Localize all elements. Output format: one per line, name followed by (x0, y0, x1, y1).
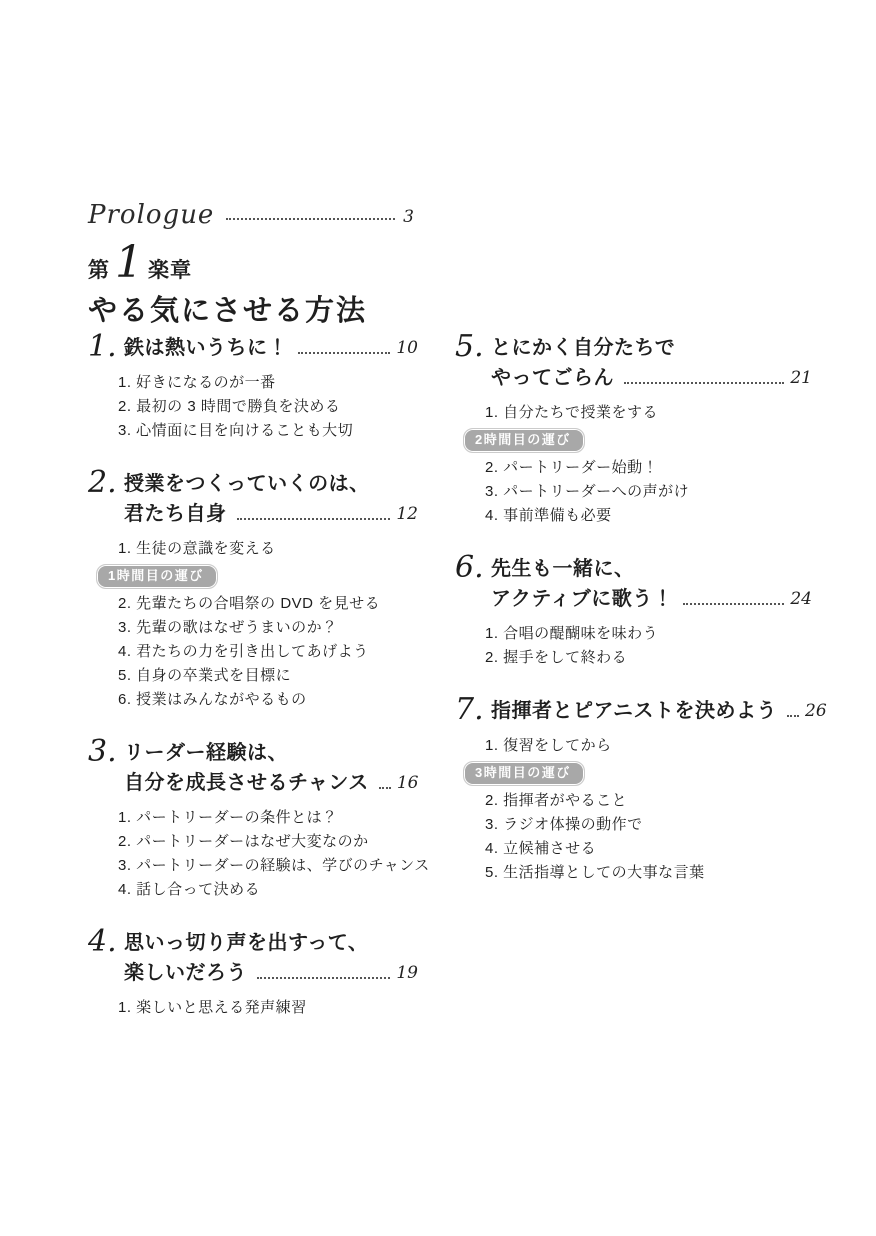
section-title-text: 楽しいだろう (124, 958, 247, 988)
toc-subentry: 2. 指揮者がやること (485, 789, 812, 813)
dotted-leader (257, 977, 390, 979)
toc-section: 1.鉄は熱いうちに！101. 好きになるのが一番2. 最初の 3 時間で勝負を決… (88, 333, 418, 443)
subsection-list: 1. パートリーダーの条件とは？2. パートリーダーはなぜ大変なのか3. パート… (118, 806, 418, 902)
subsection-list: 1. 自分たちで授業をする2時間目の運び2. パートリーダー始動！3. パートリ… (485, 401, 812, 528)
section-number: 4. (88, 927, 124, 957)
toc-subentry: 1. パートリーダーの条件とは？ (118, 806, 418, 830)
section-number: 1. (88, 332, 124, 362)
dotted-leader (379, 787, 391, 789)
toc-subentry: 3. パートリーダーの経験は、学びのチャンス (118, 854, 418, 878)
toc-subentry: 3. ラジオ体操の動作で (485, 813, 812, 837)
chapter-title: やる気にさせる方法 (88, 288, 367, 329)
section-title: 指揮者とピアニストを決めよう26 (491, 696, 812, 726)
toc-subentry: 1. 復習をしてから (485, 734, 812, 758)
toc-section: 4.思いっ切り声を出すって、楽しいだろう191. 楽しいと思える発声練習 (88, 928, 418, 1020)
lesson-step-badge: 3時間目の運び (463, 761, 585, 786)
section-title-text: 君たち自身 (124, 499, 227, 529)
dotted-leader (226, 218, 395, 220)
section-heading: 3.リーダー経験は、自分を成長させるチャンス16 (88, 738, 418, 798)
section-title-text: リーダー経験は、 (124, 738, 288, 768)
toc-subentry: 1. 楽しいと思える発声練習 (118, 996, 418, 1020)
section-title-line: 鉄は熱いうちに！10 (124, 333, 418, 363)
subsection-list: 1. 合唱の醍醐味を味わう2. 握手をして終わる (485, 622, 812, 670)
toc-subentry: 3. 心情面に目を向けることも大切 (118, 419, 418, 443)
section-title: 先生も一緒に、アクティブに歌う！24 (491, 554, 812, 614)
dotted-leader (787, 715, 799, 717)
lesson-step-badge-row: 2時間目の運び (463, 428, 812, 453)
section-title-line: 指揮者とピアニストを決めよう26 (491, 696, 812, 726)
dotted-leader (624, 382, 784, 384)
toc-subentry: 2. 最初の 3 時間で勝負を決める (118, 395, 418, 419)
section-number: 5. (455, 332, 491, 362)
toc-section: 3.リーダー経験は、自分を成長させるチャンス161. パートリーダーの条件とは？… (88, 738, 418, 902)
subsection-list: 1. 復習をしてから3時間目の運び2. 指揮者がやること3. ラジオ体操の動作で… (485, 734, 812, 885)
section-heading: 1.鉄は熱いうちに！10 (88, 333, 418, 363)
dotted-leader (683, 603, 784, 605)
section-title-text: アクティブに歌う！ (491, 584, 673, 614)
lesson-step-badge: 1時間目の運び (96, 564, 218, 589)
section-title-line: 自分を成長させるチャンス16 (124, 768, 418, 798)
section-heading: 5.とにかく自分たちでやってごらん21 (455, 333, 812, 393)
section-title-text: 指揮者とピアニストを決めよう (491, 696, 777, 726)
dotted-leader (298, 352, 390, 354)
section-title-line: とにかく自分たちで (491, 333, 812, 363)
toc-subentry: 6. 授業はみんながやるもの (118, 688, 418, 712)
prologue-page-number: 3 (403, 207, 414, 227)
section-title-text: 授業をつくっていくのは、 (124, 469, 370, 499)
toc-subentry: 1. 好きになるのが一番 (118, 371, 418, 395)
chapter-suffix: 楽章 (148, 254, 192, 284)
section-title-text: 自分を成長させるチャンス (124, 768, 369, 798)
section-title-line: 授業をつくっていくのは、 (124, 469, 418, 499)
chapter-number: 1 (115, 243, 143, 283)
toc-subentry: 4. 君たちの力を引き出してあげよう (118, 640, 418, 664)
lesson-step-badge: 2時間目の運び (463, 428, 585, 453)
dotted-leader (237, 518, 391, 520)
toc-subentry: 1. 生徒の意識を変える (118, 537, 418, 561)
toc-subentry: 4. 立候補させる (485, 837, 812, 861)
toc-subentry: 1. 合唱の醍醐味を味わう (485, 622, 812, 646)
section-title-text: やってごらん (491, 363, 614, 393)
toc-subentry: 3. 先輩の歌はなぜうまいのか？ (118, 616, 418, 640)
subsection-list: 1. 楽しいと思える発声練習 (118, 996, 418, 1020)
section-page-number: 21 (790, 364, 812, 392)
toc-subentry: 2. パートリーダーはなぜ大変なのか (118, 830, 418, 854)
section-number: 7. (455, 695, 491, 725)
toc-subentry: 5. 生活指導としての大事な言葉 (485, 861, 812, 885)
section-heading: 7.指揮者とピアニストを決めよう26 (455, 696, 812, 726)
toc-subentry: 2. 握手をして終わる (485, 646, 812, 670)
toc-subentry: 3. パートリーダーへの声がけ (485, 480, 812, 504)
section-page-number: 12 (396, 500, 418, 528)
toc-subentry: 1. 自分たちで授業をする (485, 401, 812, 425)
subsection-list: 1. 生徒の意識を変える1時間目の運び2. 先輩たちの合唱祭の DVD を見せる… (118, 537, 418, 712)
prologue-row: Prologue 3 (88, 201, 414, 229)
toc-subentry: 2. 先輩たちの合唱祭の DVD を見せる (118, 592, 418, 616)
section-number: 2. (88, 468, 124, 498)
section-page-number: 26 (805, 697, 827, 725)
prologue-label: Prologue (88, 201, 214, 229)
toc-subentry: 4. 話し合って決める (118, 878, 418, 902)
toc-subentry: 2. パートリーダー始動！ (485, 456, 812, 480)
lesson-step-badge-row: 3時間目の運び (463, 761, 812, 786)
toc-subentry: 4. 事前準備も必要 (485, 504, 812, 528)
section-page-number: 19 (396, 959, 418, 987)
section-heading: 2.授業をつくっていくのは、君たち自身12 (88, 469, 418, 529)
chapter-prefix: 第 (88, 254, 110, 284)
section-title-line: 君たち自身12 (124, 499, 418, 529)
section-title: とにかく自分たちでやってごらん21 (491, 333, 812, 393)
section-title-text: 鉄は熱いうちに！ (124, 333, 288, 363)
section-title: 授業をつくっていくのは、君たち自身12 (124, 469, 418, 529)
section-title-line: 先生も一緒に、 (491, 554, 812, 584)
section-title: リーダー経験は、自分を成長させるチャンス16 (124, 738, 418, 798)
lesson-step-badge-row: 1時間目の運び (96, 564, 418, 589)
chapter-number-line: 第 1 楽章 (88, 243, 367, 284)
section-title-line: アクティブに歌う！24 (491, 584, 812, 614)
toc-right-column: 5.とにかく自分たちでやってごらん211. 自分たちで授業をする2時間目の運び2… (455, 333, 812, 911)
section-heading: 4.思いっ切り声を出すって、楽しいだろう19 (88, 928, 418, 988)
section-title-line: リーダー経験は、 (124, 738, 418, 768)
section-title-line: 思いっ切り声を出すって、 (124, 928, 418, 958)
section-page-number: 16 (397, 769, 419, 797)
section-page-number: 10 (396, 334, 418, 362)
section-title: 鉄は熱いうちに！10 (124, 333, 418, 363)
section-number: 3. (88, 737, 124, 767)
toc-section: 6.先生も一緒に、アクティブに歌う！241. 合唱の醍醐味を味わう2. 握手をし… (455, 554, 812, 670)
section-title-text: 思いっ切り声を出すって、 (124, 928, 368, 958)
toc-section: 7.指揮者とピアニストを決めよう261. 復習をしてから3時間目の運び2. 指揮… (455, 696, 812, 885)
section-title-line: 楽しいだろう19 (124, 958, 418, 988)
toc-subentry: 5. 自身の卒業式を目標に (118, 664, 418, 688)
section-number: 6. (455, 553, 491, 583)
subsection-list: 1. 好きになるのが一番2. 最初の 3 時間で勝負を決める3. 心情面に目を向… (118, 371, 418, 443)
toc-section: 5.とにかく自分たちでやってごらん211. 自分たちで授業をする2時間目の運び2… (455, 333, 812, 528)
section-title-text: 先生も一緒に、 (491, 554, 635, 584)
section-title-line: やってごらん21 (491, 363, 812, 393)
chapter-heading: 第 1 楽章 やる気にさせる方法 (88, 243, 367, 329)
toc-section: 2.授業をつくっていくのは、君たち自身121. 生徒の意識を変える1時間目の運び… (88, 469, 418, 712)
section-heading: 6.先生も一緒に、アクティブに歌う！24 (455, 554, 812, 614)
section-page-number: 24 (790, 585, 812, 613)
section-title: 思いっ切り声を出すって、楽しいだろう19 (124, 928, 418, 988)
section-title-text: とにかく自分たちで (491, 333, 675, 363)
toc-page: Prologue 3 第 1 楽章 やる気にさせる方法 1.鉄は熱いうちに！10… (0, 0, 876, 1236)
toc-left-column: 1.鉄は熱いうちに！101. 好きになるのが一番2. 最初の 3 時間で勝負を決… (88, 333, 418, 1046)
